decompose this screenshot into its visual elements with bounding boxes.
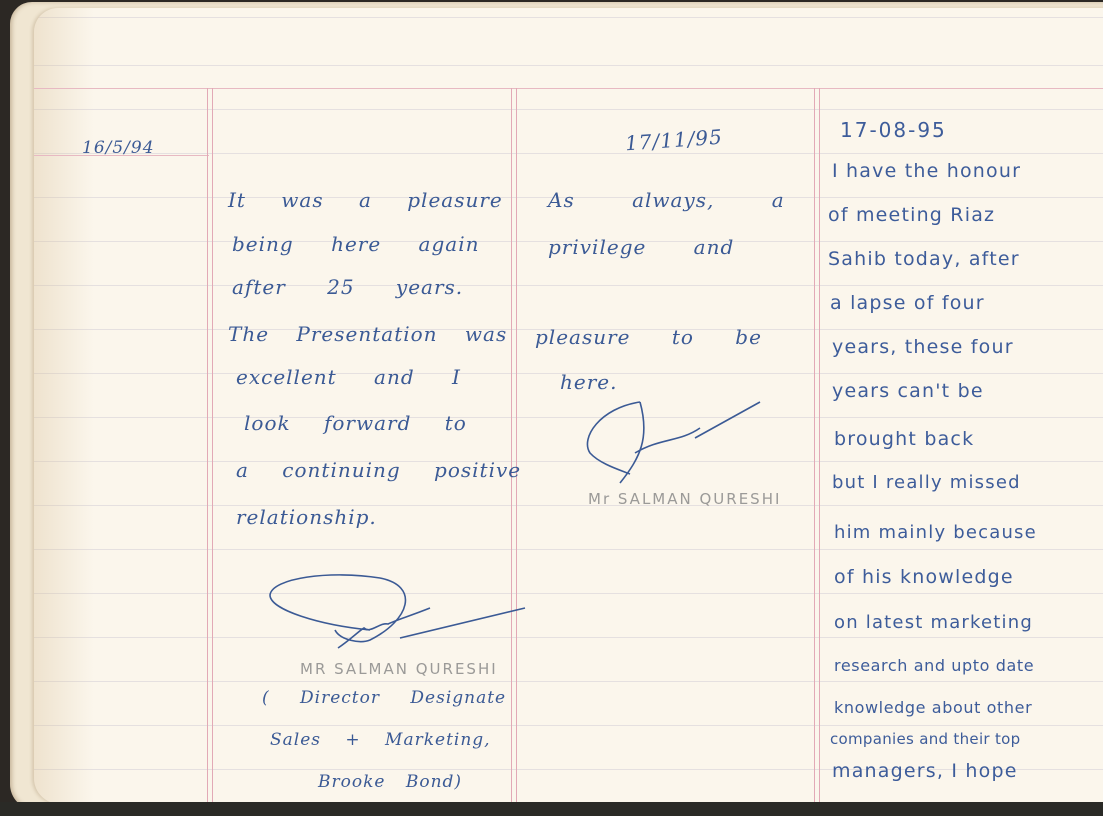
entry-3-line: knowledge about other bbox=[834, 698, 1032, 717]
entry-1-signatory-company: Brooke Bond) bbox=[318, 772, 462, 792]
entry-1-signatory-title: ( Director Designate bbox=[262, 688, 506, 708]
entry-1-line: a continuing positive bbox=[236, 458, 521, 482]
entry-3-line: I have the honour bbox=[832, 160, 1021, 182]
signature-1-icon bbox=[260, 570, 540, 660]
entry-3-line: of his knowledge bbox=[834, 566, 1014, 588]
column-rule-2 bbox=[511, 88, 517, 816]
entry-2-line: privilege and bbox=[548, 235, 734, 259]
scan-bottom-edge bbox=[0, 802, 1103, 816]
entry-2-line: here. bbox=[560, 370, 617, 394]
entry-1-line: being here again bbox=[232, 232, 479, 256]
entry-1-line: It was a pleasure bbox=[228, 188, 503, 212]
entry-3-line: companies and their top bbox=[830, 730, 1020, 748]
entry-3-line: but I really missed bbox=[832, 472, 1021, 493]
scanned-page: 16/5/94 It was a pleasure being here aga… bbox=[0, 0, 1103, 816]
entry-1-line: relationship. bbox=[236, 505, 377, 529]
entry-1-date: 16/5/94 bbox=[82, 138, 155, 158]
entry-1-line: excellent and I bbox=[236, 365, 461, 389]
entry-3-line: a lapse of four bbox=[830, 292, 985, 314]
header-rule-top bbox=[34, 88, 1103, 89]
column-rule-3 bbox=[814, 88, 820, 816]
entry-1-signatory-dept: Sales + Marketing, bbox=[270, 730, 491, 750]
entry-2-line: As always, a bbox=[548, 188, 785, 212]
entry-1-name-pencil: MR SALMAN QURESHI bbox=[300, 660, 498, 678]
entry-2-name-pencil: Mr SALMAN QURESHI bbox=[588, 490, 781, 508]
entry-3-line: of meeting Riaz bbox=[828, 204, 995, 226]
entry-3-line: research and upto date bbox=[834, 656, 1034, 675]
entry-1-line: after 25 years. bbox=[232, 275, 463, 299]
entry-3-line: Sahib today, after bbox=[828, 248, 1020, 270]
entry-3-line: managers, I hope bbox=[832, 760, 1018, 782]
entry-1-line: look forward to bbox=[244, 411, 467, 435]
entry-3-line: on latest marketing bbox=[834, 612, 1033, 633]
entry-2-line: pleasure to be bbox=[535, 325, 762, 349]
entry-1-line: The Presentation was bbox=[228, 322, 507, 346]
entry-3-line: him mainly because bbox=[834, 522, 1037, 543]
entry-3-line: brought back bbox=[834, 428, 974, 450]
entry-3-date: 17-08-95 bbox=[840, 118, 947, 142]
entry-3-line: years can't be bbox=[832, 380, 984, 402]
entry-3-line: years, these four bbox=[832, 336, 1014, 358]
column-rule-1 bbox=[207, 88, 213, 816]
signature-2-icon bbox=[580, 398, 780, 488]
